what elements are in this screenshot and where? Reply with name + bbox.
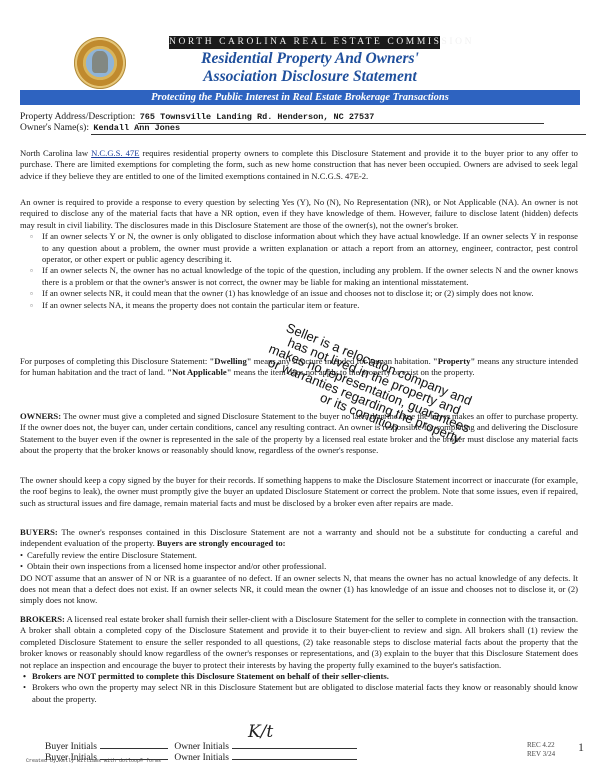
owner-initials-field-2[interactable] bbox=[232, 750, 357, 760]
rec-label: REC 4.22 bbox=[527, 741, 555, 750]
brokers-text: A licensed real estate broker shall furn… bbox=[20, 614, 578, 670]
buyers-encouraged: Buyers are strongly encouraged to: bbox=[157, 538, 286, 548]
not-applicable-term: "Not Applicable" bbox=[167, 367, 231, 377]
owner-name-label: Owner's Name(s): bbox=[20, 122, 89, 134]
list-item: If an owner selects Y or N, the owner is… bbox=[42, 231, 578, 265]
form-title-line-2: Association Disclosure Statement bbox=[160, 68, 460, 86]
intro-text-start: North Carolina law bbox=[20, 148, 91, 158]
ncgs-47e-link[interactable]: N.C.G.S. 47E bbox=[91, 148, 139, 158]
copy-notice-text: The owner should keep a copy signed by t… bbox=[20, 475, 578, 509]
owner-requirement-section: An owner is required to provide a respon… bbox=[20, 197, 578, 311]
buyers-text: The owner's responses contained in this … bbox=[20, 527, 578, 548]
buyer-initials-field-1[interactable] bbox=[100, 739, 168, 749]
list-item: If an owner selects NA, it means the pro… bbox=[42, 300, 578, 311]
property-term: "Property" bbox=[433, 356, 475, 366]
list-item: Obtain their own inspections from a lice… bbox=[20, 561, 578, 572]
rev-label: REV 3/24 bbox=[527, 750, 555, 759]
owner-requirement-paragraph: An owner is required to provide a respon… bbox=[20, 197, 578, 231]
disclosure-page: NORTH CAROLINA REAL ESTATE COMMISSION Re… bbox=[0, 0, 598, 768]
owner-initials-signature: K/t bbox=[248, 727, 273, 738]
copy-notice-paragraph: The owner should keep a copy signed by t… bbox=[20, 475, 578, 509]
owner-name-row: Owner's Name(s): Kendall Ann Jones bbox=[20, 122, 580, 135]
owners-text: The owner must give a completed and sign… bbox=[20, 411, 578, 455]
nc-state-seal-icon bbox=[74, 37, 126, 89]
brokers-section: BROKERS: A licensed real estate broker s… bbox=[20, 614, 578, 705]
form-title-line-1: Residential Property And Owners' bbox=[160, 50, 460, 68]
intro-paragraph: North Carolina law N.C.G.S. 47E requires… bbox=[20, 148, 578, 182]
list-item: Carefully review the entire Disclosure S… bbox=[20, 550, 578, 561]
broker-rules-list: Brokers are NOT permitted to complete th… bbox=[20, 671, 578, 705]
buyers-warning: DO NOT assume that an answer of N or NR … bbox=[20, 573, 578, 607]
list-item: Brokers are NOT permitted to complete th… bbox=[20, 671, 578, 682]
owners-heading: OWNERS: bbox=[20, 411, 61, 421]
owner-initials-label: Owner Initials bbox=[174, 753, 229, 763]
buyers-heading: BUYERS: bbox=[20, 527, 58, 537]
revision-info: REC 4.22 REV 3/24 bbox=[527, 741, 555, 759]
brokers-heading: BROKERS: bbox=[20, 614, 65, 624]
buyer-recommendations-list: Carefully review the entire Disclosure S… bbox=[20, 550, 578, 573]
list-item: If an owner selects N, the owner has no … bbox=[42, 265, 578, 288]
commission-banner: NORTH CAROLINA REAL ESTATE COMMISSION bbox=[169, 36, 440, 49]
owner-name-field[interactable]: Kendall Ann Jones bbox=[91, 122, 586, 135]
definitions-intro: For purposes of completing this Disclosu… bbox=[20, 356, 210, 366]
owner-initials-field-1[interactable]: K/t bbox=[232, 739, 357, 749]
response-options-list: If an owner selects Y or N, the owner is… bbox=[20, 231, 578, 311]
tagline-banner: Protecting the Public Interest in Real E… bbox=[20, 90, 580, 105]
list-item: If an owner selects NR, it could mean th… bbox=[42, 288, 578, 299]
owners-section: OWNERS: The owner must give a completed … bbox=[20, 411, 578, 457]
list-item: Brokers who own the property may select … bbox=[20, 682, 578, 705]
created-by-footer: Created by Kelly Williams with dotloop® … bbox=[26, 758, 161, 764]
page-number: 1 bbox=[578, 740, 584, 755]
buyers-section: BUYERS: The owner's responses contained … bbox=[20, 527, 578, 607]
